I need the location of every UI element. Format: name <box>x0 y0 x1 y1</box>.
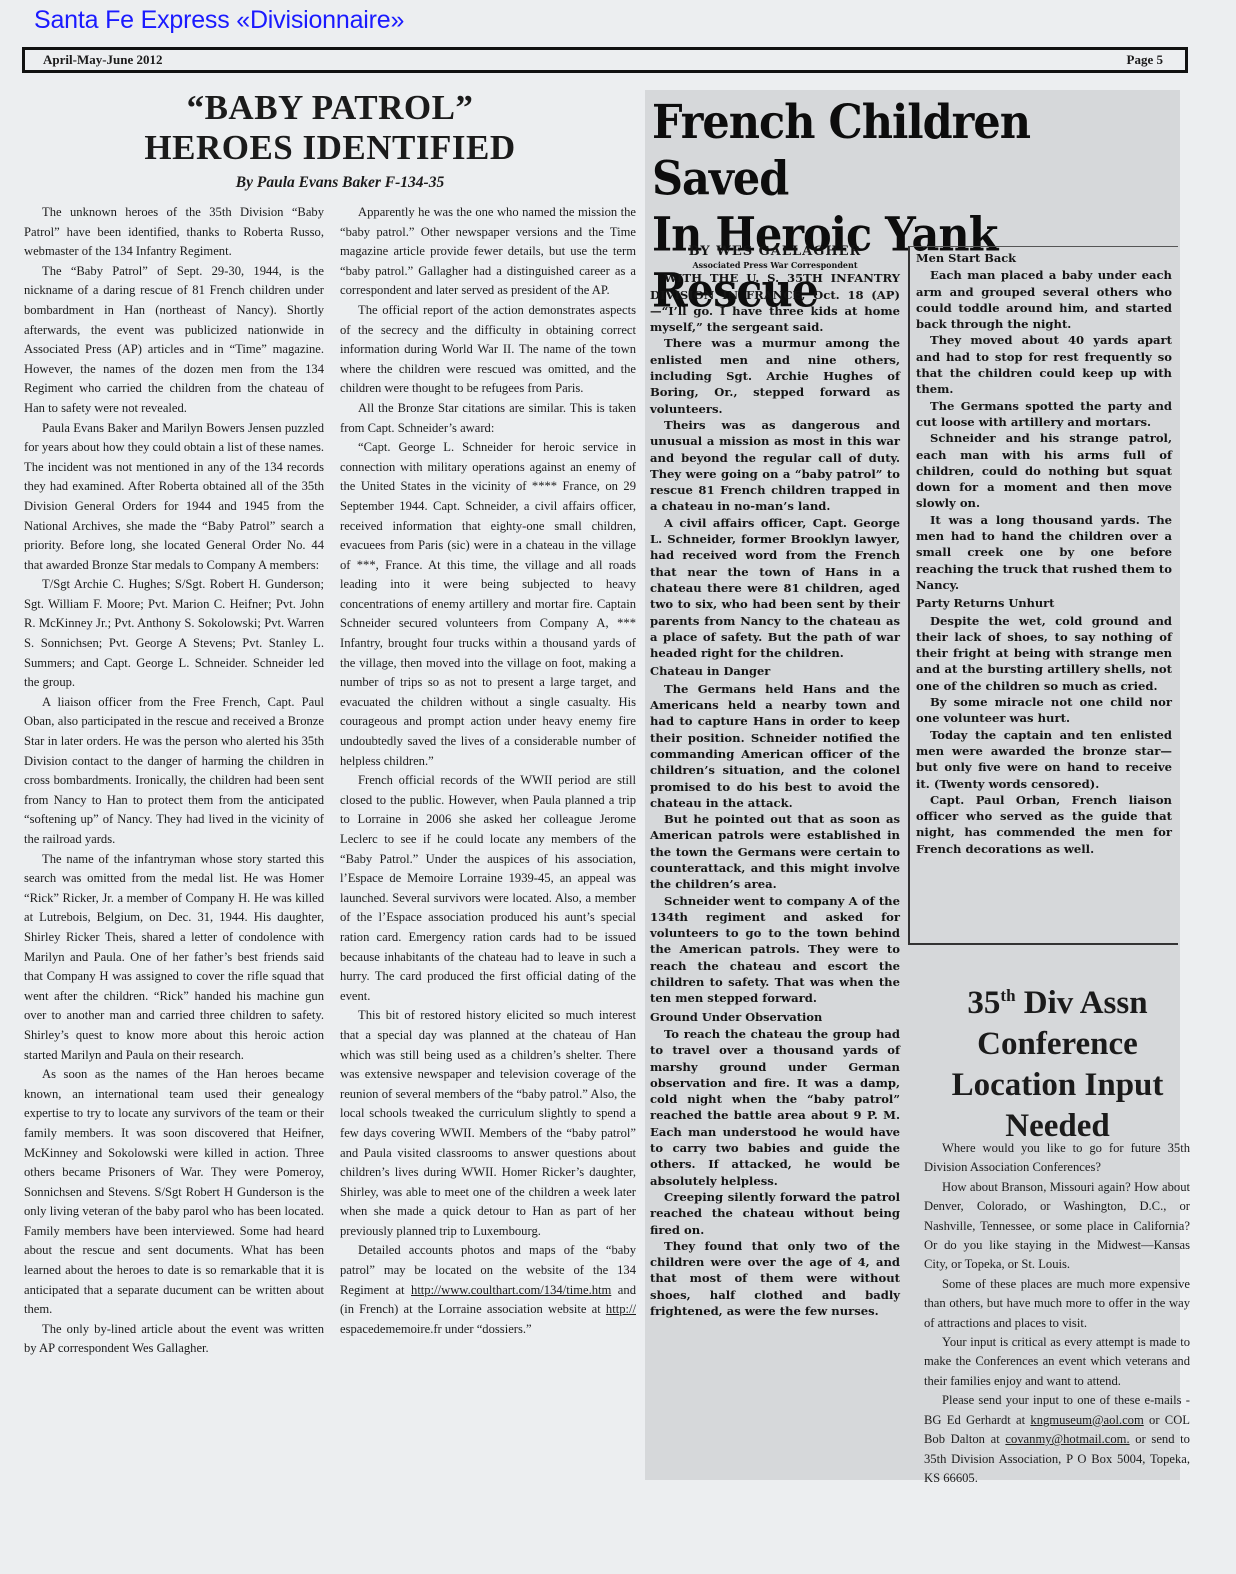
paragraph: Apparently he was the one who named the … <box>340 203 636 301</box>
email-link-gerhardt[interactable]: kngmuseum@aol.com <box>1030 1413 1143 1427</box>
clipping-column-1: BY WES GALLAGHER Associated Press War Co… <box>650 244 900 1319</box>
email-link-dalton[interactable]: covanmy@hotmail.com. <box>1005 1432 1129 1446</box>
espace-memoire-link[interactable]: http:// <box>606 1302 636 1316</box>
headline-line-1: “BABY PATROL” <box>100 88 560 128</box>
paragraph: A liaison officer from the Free French, … <box>24 693 324 850</box>
clipping-column-2: Men Start Back Each man placed a baby un… <box>916 248 1172 857</box>
coulthart-link[interactable]: http://www.coulthart.com/134/time.htm <box>411 1283 611 1297</box>
publication-title: Santa Fe Express «Divisionnaire» <box>34 6 404 35</box>
article-column-1: The unknown heroes of the 35th Division … <box>24 203 324 1359</box>
article-byline: By Paula Evans Baker F-134-35 <box>160 174 520 192</box>
paragraph: As soon as the names of the Han heroes b… <box>24 1065 324 1320</box>
clipping-subhead: Men Start Back <box>916 250 1172 266</box>
clipping-subhead: Party Returns Unhurt <box>916 595 1172 611</box>
article-column-2: Apparently he was the one who named the … <box>340 203 636 1339</box>
paragraph: The unknown heroes of the 35th Division … <box>24 203 324 262</box>
clipping-byline-role: Associated Press War Correspondent <box>650 260 900 270</box>
paragraph: This bit of restored history elicited so… <box>340 1006 636 1241</box>
paragraph: The only by-lined article about the even… <box>24 1320 324 1359</box>
page-header-bar: April-May-June 2012 Page 5 <box>22 47 1188 73</box>
paragraph: T/Sgt Archie C. Hughes; S/Sgt. Robert H.… <box>24 575 324 693</box>
paragraph: The “Baby Patrol” of Sept. 29-30, 1944, … <box>24 262 324 419</box>
issue-date: April-May-June 2012 <box>43 52 163 68</box>
clipping-subhead: Chateau in Danger <box>650 663 900 679</box>
conference-headline: 35th Div Assn Conference Location Input … <box>925 975 1190 1147</box>
article-headline: “BABY PATROL” HEROES IDENTIFIED <box>100 88 560 168</box>
paragraph: Paula Evans Baker and Marilyn Bowers Jen… <box>24 419 324 576</box>
paragraph-with-links: Detailed accounts photos and maps of the… <box>340 1241 636 1339</box>
paragraph: All the Bronze Star citations are simila… <box>340 399 636 438</box>
page-number: Page 5 <box>1127 52 1163 68</box>
contact-paragraph: Please send your input to one of these e… <box>924 1391 1190 1488</box>
paragraph: The name of the infantryman whose story … <box>24 850 324 1066</box>
headline-line-2: HEROES IDENTIFIED <box>100 128 560 168</box>
clipping-subhead: Ground Under Observation <box>650 1009 900 1025</box>
clipping-byline: BY WES GALLAGHER <box>650 244 900 260</box>
paragraph: French official records of the WWII peri… <box>340 771 636 1006</box>
conference-body: Where would you like to go for future 35… <box>924 1139 1190 1488</box>
paragraph: The official report of the action demons… <box>340 301 636 399</box>
citation-quote: “Capt. George L. Schneider for heroic se… <box>340 438 636 771</box>
